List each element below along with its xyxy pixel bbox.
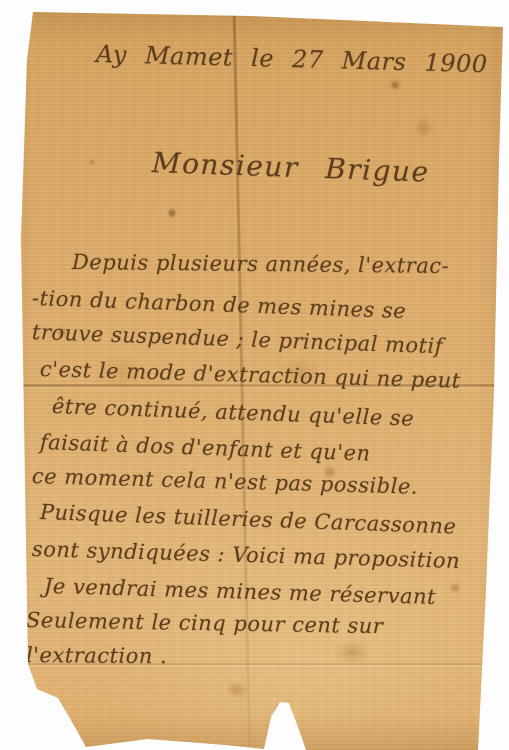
letter-paper: Ay Mamet le 27 Mars 1900 Monsieur Brigue… bbox=[0, 0, 509, 750]
body-line: Depuis plusieurs années, l'extrac- bbox=[72, 250, 449, 278]
body-line: l'extraction . bbox=[26, 643, 167, 668]
scanner-background: Ay Mamet le 27 Mars 1900 Monsieur Brigue… bbox=[0, 0, 509, 750]
